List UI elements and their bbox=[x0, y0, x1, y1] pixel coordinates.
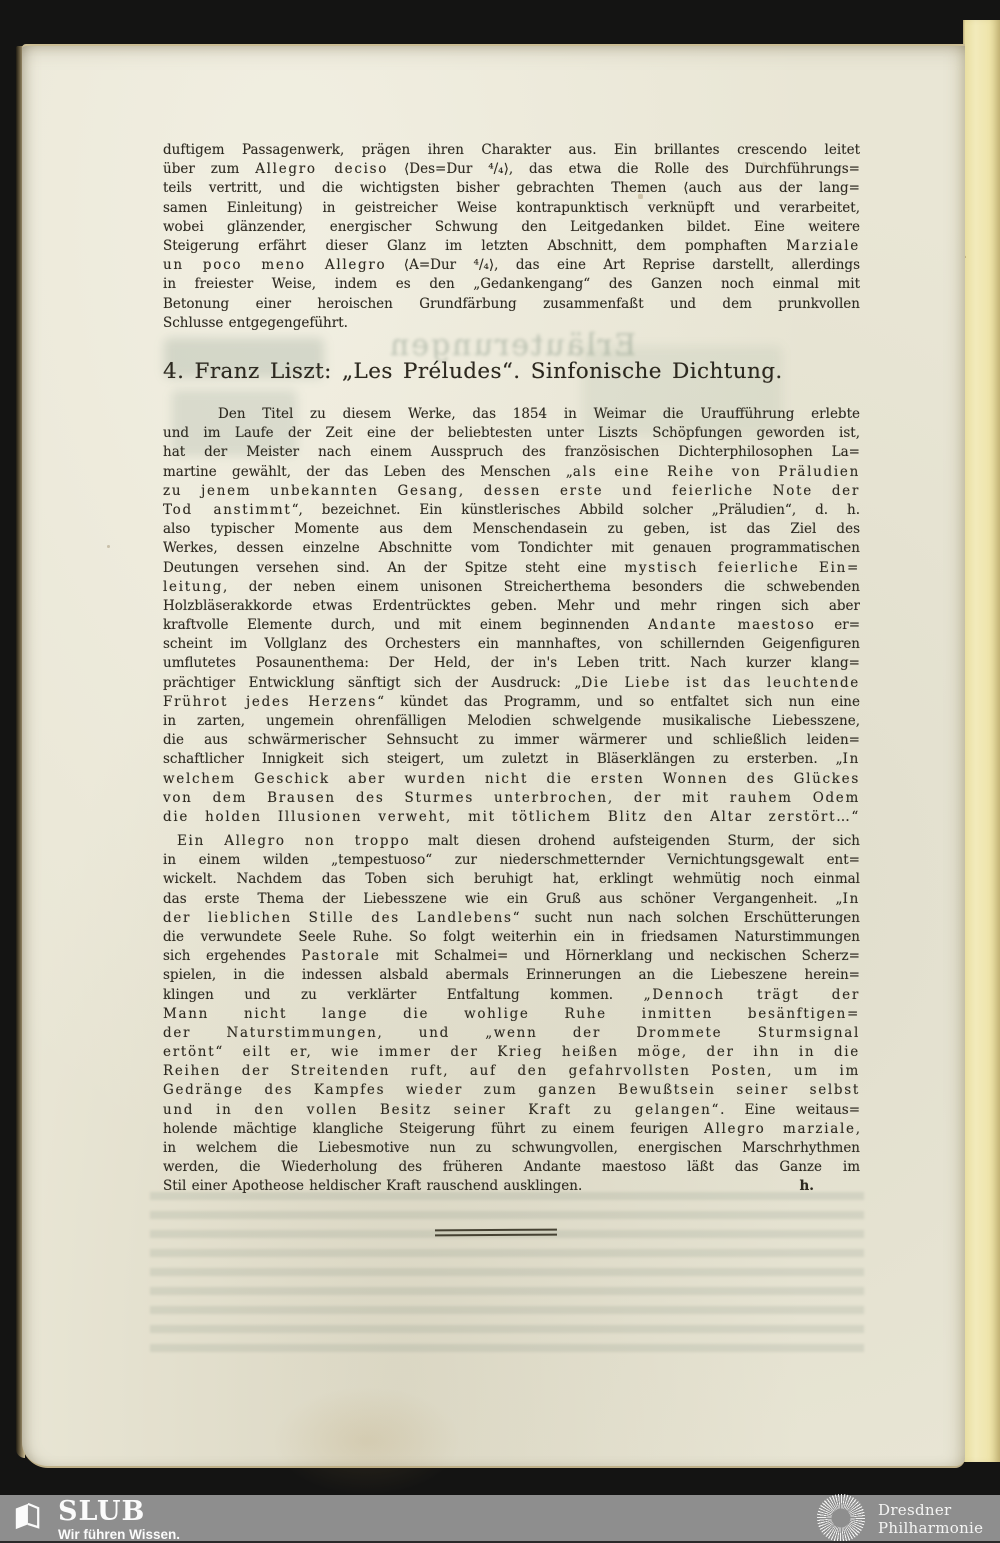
text-line: von dem Brausen des Sturmes unterbrochen… bbox=[163, 789, 860, 808]
text-line: und in den vollen Besitz seiner Kraft zu… bbox=[163, 1101, 860, 1120]
text-line: zu jenem unbekannten Gesang, dessen erst… bbox=[163, 482, 860, 501]
text-line: welchem Geschick aber wurden nicht die e… bbox=[163, 770, 860, 789]
text-line: sich ergehendes Pastorale mit Schalmei= … bbox=[163, 947, 860, 966]
text-line: werden, die Wiederholung des früheren An… bbox=[163, 1158, 860, 1177]
text-line: Tod anstimmt“, bezeichnet. Ein künstleri… bbox=[163, 501, 860, 520]
partner-name-line1: Dresdner bbox=[878, 1501, 988, 1519]
text-line: un poco meno Allegro ⟨A=Dur ⁴/₄⟩, das ei… bbox=[163, 256, 860, 275]
bleedthrough-textlines bbox=[150, 1192, 864, 1360]
text-line: umflutetes Posaunenthema: Der Held, der … bbox=[163, 654, 860, 673]
text-line: schaftlicher Innigkeit sich steigert, um… bbox=[163, 750, 860, 769]
dresdner-philharmonie-logo-link[interactable]: Dresdner Philharmonie bbox=[817, 1495, 988, 1542]
slub-tagline: Wir führen Wissen. bbox=[58, 1527, 180, 1542]
text-line: Gedränge des Kampfes wieder zum ganzen B… bbox=[163, 1081, 860, 1100]
text-line: holende mächtige klangliche Steigerung f… bbox=[163, 1120, 860, 1139]
text-line: also typischer Momente aus dem Menschend… bbox=[163, 520, 860, 539]
text-line: Frührot jedes Herzens“ kündet das Progra… bbox=[163, 693, 860, 712]
text-line: ertönt“ eilt er, wie immer der Krieg hei… bbox=[163, 1043, 860, 1062]
open-book-icon bbox=[13, 1501, 41, 1531]
paragraph-les-preludes-2: Ein Allegro non troppo malt diesen drohe… bbox=[163, 832, 860, 1197]
text-line: wickelt. Nachdem das Toben sich beruhigt… bbox=[163, 870, 860, 889]
text-line: spielen, in die indessen alsbald abermal… bbox=[163, 966, 860, 985]
next-page-edge bbox=[963, 20, 1000, 1462]
text-line: die verwundete Seele Ruhe. So folgt weit… bbox=[163, 928, 860, 947]
text-line: samen Einleitung⟩ in geistreicher Weise … bbox=[163, 199, 860, 218]
text-line: duftigem Passagenwerk, prägen ihren Char… bbox=[163, 141, 860, 160]
slub-wordmark: SLUB bbox=[58, 1498, 180, 1525]
text-line: die aus schwärmerischer Sehnsucht zu imm… bbox=[163, 731, 860, 750]
text-line: Mann nicht lange die wohlige Ruhe inmitt… bbox=[163, 1005, 860, 1024]
text-line: Steigerung erfährt dieser Glanz im letzt… bbox=[163, 237, 860, 256]
text-line: Reihen der Streitenden ruft, auf den gef… bbox=[163, 1062, 860, 1081]
partner-name-line2: Philharmonie bbox=[878, 1519, 988, 1537]
text-line: Ein Allegro non troppo malt diesen drohe… bbox=[163, 832, 860, 851]
text-line: der Naturstimmungen, und „wenn der Dromm… bbox=[163, 1024, 860, 1043]
text-line: Holzbläserakkorde etwas Erdentrücktes ge… bbox=[163, 597, 860, 616]
text-line: in freiester Weise, indem es den „Gedank… bbox=[163, 275, 860, 294]
author-initial: h. bbox=[799, 1177, 814, 1196]
text-line: wobei glänzender, energischer Schwung de… bbox=[163, 218, 860, 237]
foxing-spots bbox=[22, 46, 23, 47]
text-line: kraftvolle Elemente durch, und mit einem… bbox=[163, 616, 860, 635]
scanned-page: Erläuterungen duftigem Passagenwerk, prä… bbox=[22, 44, 965, 1468]
text-line: Werkes, dessen einzelne Abschnitte vom T… bbox=[163, 539, 860, 558]
text-line: prächtiger Entwicklung sänftigt sich der… bbox=[163, 674, 860, 693]
text-line: Schlusse entgegengeführt. bbox=[163, 314, 860, 333]
text-line: Stil einer Apotheose heldischer Kraft ra… bbox=[163, 1177, 860, 1196]
text-line: hat der Meister nach einem Ausspruch des… bbox=[163, 443, 860, 462]
text-line: über zum Allegro deciso ⟨Des=Dur ⁴/₄⟩, d… bbox=[163, 160, 860, 179]
paragraph-les-preludes-1: Den Titel zu diesem Werke, das 1854 in W… bbox=[163, 405, 860, 827]
text-line: die holden Illusionen verweht, mit tötli… bbox=[163, 808, 860, 827]
text-line: Den Titel zu diesem Werke, das 1854 in W… bbox=[163, 405, 860, 424]
section-heading: 4. Franz Liszt: „Les Préludes“. Sinfonis… bbox=[163, 359, 863, 384]
text-line: teils vertritt, und die wichtigsten bish… bbox=[163, 179, 860, 198]
paragraph-continuation: duftigem Passagenwerk, prägen ihren Char… bbox=[163, 141, 860, 333]
starburst-icon bbox=[817, 1494, 865, 1542]
text-line: scheint im Vollglanz des Orchesters ein … bbox=[163, 635, 860, 654]
text-line: und im Laufe der Zeit eine der beliebtes… bbox=[163, 424, 860, 443]
paper-stain bbox=[272, 1386, 462, 1496]
text-line: der lieblichen Stille des Landlebens“ su… bbox=[163, 909, 860, 928]
text-line: klingen und zu verklärter Entfaltung kom… bbox=[163, 986, 860, 1005]
text-line: in welchem die Liebesmotive nun zu schwu… bbox=[163, 1139, 860, 1158]
text-line: martine gewählt, der das Leben des Mensc… bbox=[163, 463, 860, 482]
bleedthrough-heading: Erläuterungen bbox=[322, 328, 702, 363]
text-line: in einem wilden „tempestuoso“ zur nieder… bbox=[163, 851, 860, 870]
section-divider-rule bbox=[435, 1229, 557, 1237]
text-line: in zarten, ungemein ohrenfälligen Melodi… bbox=[163, 712, 860, 731]
viewer-footer-bar: SLUB Wir führen Wissen. Dresdner Philhar… bbox=[0, 1495, 1000, 1542]
text-line: Deutungen versehen sind. An der Spitze s… bbox=[163, 559, 860, 578]
text-line: Betonung einer heroischen Grundfärbung z… bbox=[163, 295, 860, 314]
text-line: das erste Thema der Liebesszene wie ein … bbox=[163, 890, 860, 909]
text-line: leitung, der neben einem unisonen Streic… bbox=[163, 578, 860, 597]
slub-logo-link[interactable]: SLUB Wir führen Wissen. bbox=[13, 1498, 180, 1542]
